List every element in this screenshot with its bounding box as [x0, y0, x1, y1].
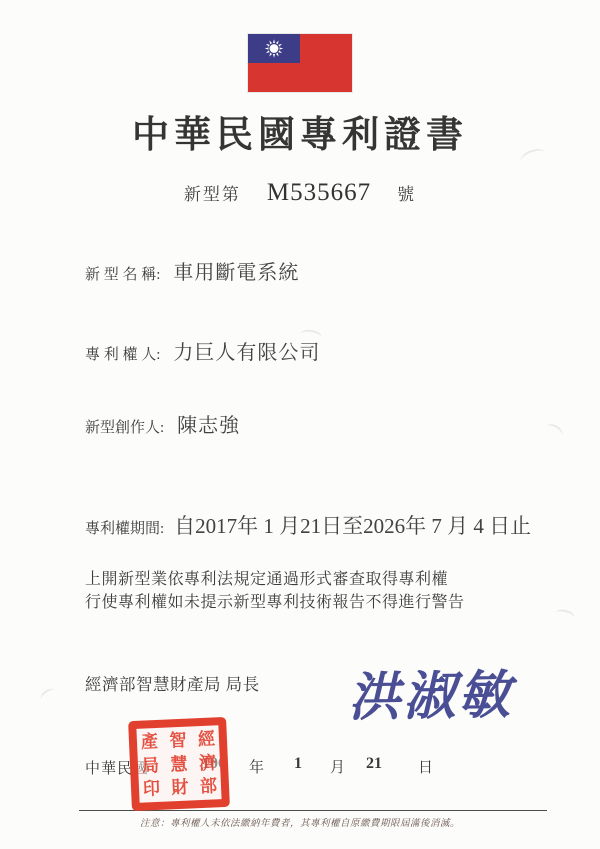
field-patentee: 專 利 權 人: 力巨人有限公司 [85, 336, 320, 365]
field-patent-term: 專利權期間: 自2017年 1 月21日至2026年 7 月 4 日止 [85, 510, 531, 540]
field-utility-model-name: 新 型 名 稱: 車用斷電系統 [85, 256, 299, 285]
seal-character: 財 [171, 776, 189, 799]
field-value: 車用斷電系統 [173, 256, 299, 285]
seal-character: 部 [200, 775, 218, 798]
legal-notice-line1: 上開新型業依專利法規定通過形式審查取得專利權 [85, 568, 465, 591]
patent-certificate-page: 中華民國專利證書 新型第 M535667 號 新 型 名 稱: 車用斷電系統 專… [0, 0, 600, 849]
legal-notice: 上開新型業依專利法規定通過形式審查取得專利權 行使專利權如未提示新型專利技術報告… [85, 568, 465, 614]
date-day: 21 [366, 755, 382, 773]
seal-character: 濟 [199, 751, 217, 774]
field-value: 陳志強 [177, 409, 240, 438]
paper-speck [554, 608, 576, 624]
date-day-unit: 日 [418, 756, 433, 777]
issuer-office-title: 經濟部智慧財產局 局長 [85, 671, 260, 695]
seal-character: 局 [142, 754, 160, 777]
certificate-title: 中華民國專利證書 [0, 104, 600, 158]
footer-note: 注意：專利權人未依法繳納年費者，其專利權自原繳費期限屆滿後消滅。 [0, 815, 600, 829]
field-label: 專利權期間: [85, 517, 164, 538]
paper-speck [543, 421, 565, 440]
seal-column: 經 濟 部 [197, 728, 217, 797]
field-value: 自2017年 1 月21日至2026年 7 月 4 日止 [174, 510, 531, 540]
field-value: 力巨人有限公司 [173, 336, 320, 365]
seal-column: 產 局 印 [141, 731, 161, 800]
number-prefix: 新型第 [184, 180, 241, 205]
field-label: 專 利 權 人: [85, 343, 160, 364]
paper-speck [39, 686, 58, 703]
seal-column: 智 慧 財 [169, 730, 189, 799]
field-label: 新 型 名 稱: [85, 263, 160, 284]
date-month-unit: 月 [330, 756, 345, 777]
date-year-unit: 年 [249, 756, 264, 777]
director-signature: 洪淑敏 [347, 653, 513, 731]
seal-character: 經 [197, 728, 215, 751]
number-suffix: 號 [397, 180, 416, 205]
certificate-number-line: 新型第 M535667 號 [0, 179, 600, 207]
field-creator: 新型創作人: 陳志強 [85, 409, 240, 438]
official-seal: 經 濟 部 智 慧 財 產 局 印 [128, 717, 230, 811]
legal-notice-line2: 行使專利權如未提示新型專利技術報告不得進行警告 [85, 591, 465, 614]
certificate-number: M535667 [267, 179, 371, 207]
seal-character: 產 [141, 730, 159, 753]
field-label: 新型創作人: [85, 416, 164, 437]
roc-flag-icon [248, 34, 352, 92]
date-month: 1 [294, 755, 302, 773]
seal-character: 智 [169, 729, 187, 752]
seal-character: 印 [143, 777, 161, 800]
seal-character: 慧 [170, 753, 188, 776]
